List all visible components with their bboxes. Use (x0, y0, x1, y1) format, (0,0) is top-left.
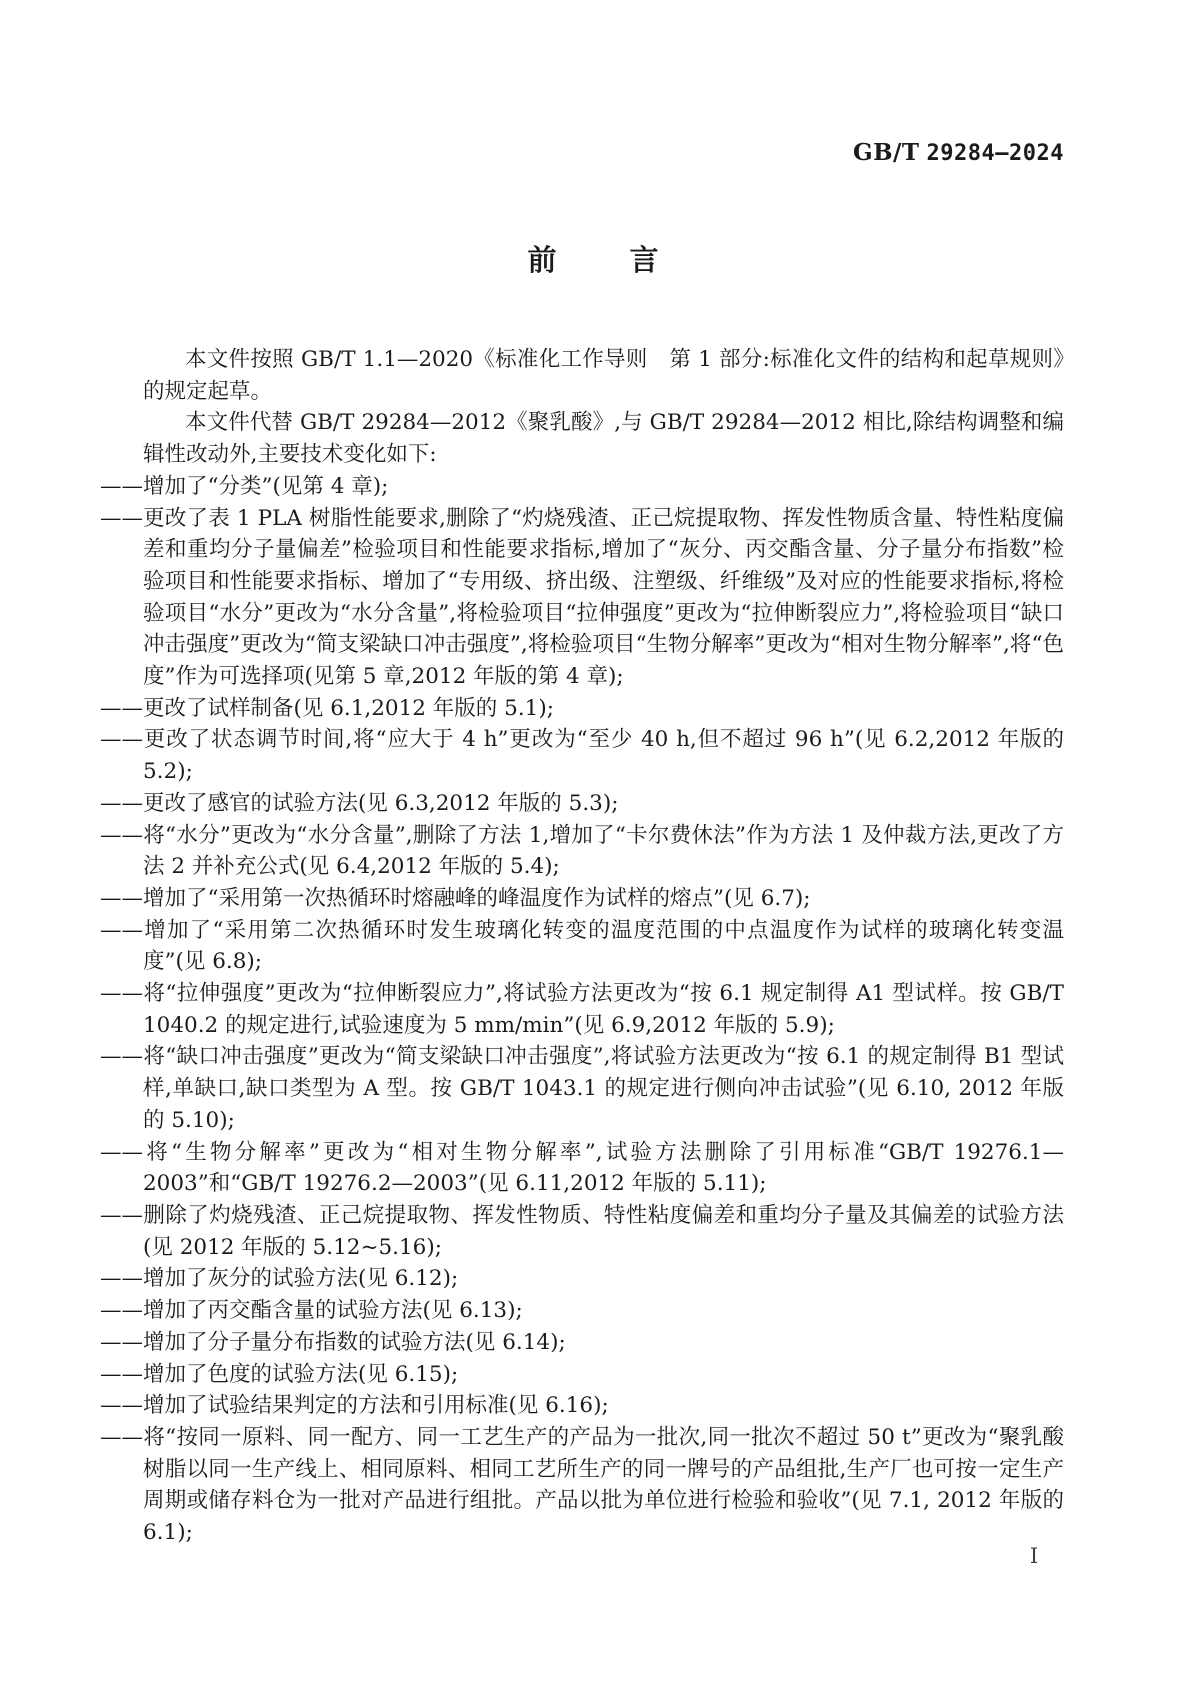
change-item: ——将“生物分解率”更改为“相对生物分解率”,试验方法删除了引用标准“GB/T … (143, 1137, 1064, 1200)
standard-number-digits: 29284—2024 (927, 141, 1064, 166)
change-item: ——删除了灼烧残渣、正己烷提取物、挥发性物质、特性粘度偏差和重均分子量及其偏差的… (143, 1200, 1064, 1263)
standard-number: GB/T29284—2024 (853, 140, 1064, 167)
change-item: ——增加了丙交酯含量的试验方法(见 6.13); (143, 1295, 1064, 1327)
change-item: ——将“按同一原料、同一配方、同一工艺生产的产品为一批次,同一批次不超过 50 … (143, 1422, 1064, 1549)
change-item: ——增加了“分类”(见第 4 章); (143, 471, 1064, 503)
change-item: ——更改了状态调节时间,将“应大于 4 h”更改为“至少 40 h,但不超过 9… (143, 724, 1064, 787)
change-item: ——增加了“采用第一次热循环时熔融峰的峰温度作为试样的熔点”(见 6.7); (143, 883, 1064, 915)
change-item: ——增加了分子量分布指数的试验方法(见 6.14); (143, 1327, 1064, 1359)
change-item: ——将“缺口冲击强度”更改为“简支梁缺口冲击强度”,将试验方法更改为“按 6.1… (143, 1041, 1064, 1136)
page-number: I (1022, 1544, 1046, 1568)
change-item: ——将“水分”更改为“水分含量”,删除了方法 1,增加了“卡尔费休法”作为方法 … (143, 820, 1064, 883)
change-item: ——增加了试验结果判定的方法和引用标准(见 6.16); (143, 1390, 1064, 1422)
change-item: ——更改了表 1 PLA 树脂性能要求,删除了“灼烧残渣、正己烷提取物、挥发性物… (143, 503, 1064, 693)
document-page: GB/T29284—2024 前 言 本文件按照 GB/T 1.1—2020《标… (0, 0, 1191, 1685)
change-item: ——增加了灰分的试验方法(见 6.12); (143, 1263, 1064, 1295)
change-item: ——将“拉伸强度”更改为“拉伸断裂应力”,将试验方法更改为“按 6.1 规定制得… (143, 978, 1064, 1041)
page-title: 前 言 (0, 242, 1191, 278)
change-item: ——增加了“采用第二次热循环时发生玻璃化转变的温度范围的中点温度作为试样的玻璃化… (143, 915, 1064, 978)
standard-number-prefix: GB/T (853, 139, 920, 166)
change-item: ——更改了试样制备(见 6.1,2012 年版的 5.1); (143, 693, 1064, 725)
paragraph-replacement-note: 本文件代替 GB/T 29284—2012《聚乳酸》,与 GB/T 29284—… (143, 407, 1064, 470)
foreword-content: 本文件按照 GB/T 1.1—2020《标准化工作导则 第 1 部分:标准化文件… (143, 344, 1064, 1549)
paragraph-drafting-rule: 本文件按照 GB/T 1.1—2020《标准化工作导则 第 1 部分:标准化文件… (143, 344, 1064, 407)
change-item: ——增加了色度的试验方法(见 6.15); (143, 1359, 1064, 1391)
change-item: ——更改了感官的试验方法(见 6.3,2012 年版的 5.3); (143, 788, 1064, 820)
